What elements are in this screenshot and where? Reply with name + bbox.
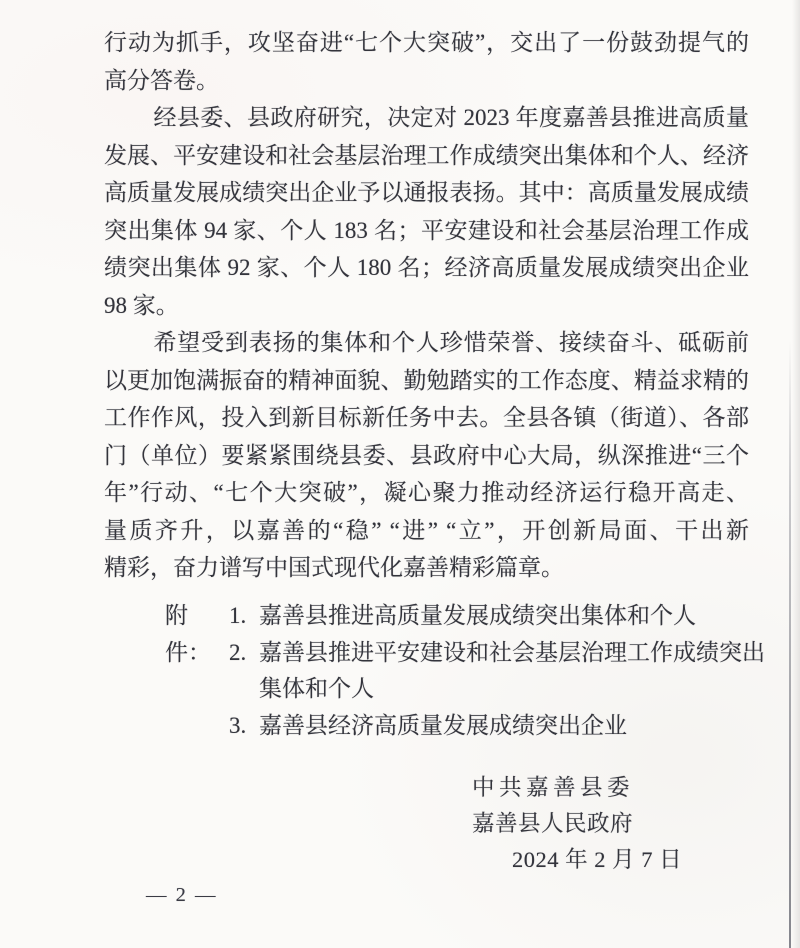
attachment-item: 2. 嘉善县推进平安建设和社会基层治理工作成绩突出 xyxy=(165,635,765,672)
issue-date: 2024 年 2 月 7 日 xyxy=(512,842,682,878)
body-line: 精彩，奋力谱写中国式现代化嘉善精彩篇章。 xyxy=(104,549,749,587)
body-line: 以更加饱满振奋的精神面貌、勤勉踏实的工作态度、精益求精的 xyxy=(104,362,749,400)
attachment-title: 嘉善县经济高质量发展成绩突出企业 xyxy=(259,708,627,745)
attachments-list: 附件： 1. 嘉善县推进高质量发展成绩突出集体和个人 2. 嘉善县推进平安建设和… xyxy=(165,598,765,744)
signature-block: 中共嘉善县委 嘉善县人民政府 2024 年 2 月 7 日 xyxy=(472,770,682,878)
attachments-label: 附件： xyxy=(165,598,229,635)
body-line: 量质齐升，以嘉善的“稳” “进” “立”，开创新局面、干出新 xyxy=(104,512,749,550)
page-number: — 2 — xyxy=(146,884,218,907)
issuer-name-party: 中共嘉善县委 xyxy=(472,770,682,806)
body-line: 高质量发展成绩突出企业予以通报表扬。其中：高质量发展成绩 xyxy=(104,174,749,212)
attachment-number: 3. xyxy=(229,708,259,745)
body-line: 经县委、县政府研究，决定对 2023 年度嘉善县推进高质量 xyxy=(104,99,749,137)
document-body: 行动为抓手，攻坚奋进“七个大突破”，交出了一份鼓劲提气的 高分答卷。 经县委、县… xyxy=(104,24,749,587)
attachment-item-continuation: 集体和个人 xyxy=(165,671,765,708)
body-line: 绩突出集体 92 家、个人 180 名；经济高质量发展成绩突出企业 xyxy=(104,249,749,287)
body-line: 工作作风，投入到新目标新任务中去。全县各镇（街道）、各部 xyxy=(104,399,749,437)
body-line: 年”行动、“七个大突破”，凝心聚力推动经济运行稳开高走、 xyxy=(104,474,749,512)
attachment-number: 2. xyxy=(229,635,259,672)
body-line: 门（单位）要紧紧围绕县委、县政府中心大局，纵深推进“三个 xyxy=(104,437,749,475)
attachment-title: 嘉善县推进高质量发展成绩突出集体和个人 xyxy=(259,598,696,635)
attachment-number: 1. xyxy=(229,598,259,635)
issuer-name-government: 嘉善县人民政府 xyxy=(472,806,682,842)
scanned-document-page: 行动为抓手，攻坚奋进“七个大突破”，交出了一份鼓劲提气的 高分答卷。 经县委、县… xyxy=(0,0,800,948)
body-line: 突出集体 94 家、个人 183 名；平安建设和社会基层治理工作成 xyxy=(104,212,749,250)
body-line: 98 家。 xyxy=(104,287,749,325)
body-line: 行动为抓手，攻坚奋进“七个大突破”，交出了一份鼓劲提气的 xyxy=(104,24,749,62)
body-line: 希望受到表扬的集体和个人珍惜荣誉、接续奋斗、砥砺前行， xyxy=(104,324,749,362)
body-line: 高分答卷。 xyxy=(104,62,749,100)
attachment-title: 嘉善县推进平安建设和社会基层治理工作成绩突出 xyxy=(259,635,765,672)
scan-edge-shadow xyxy=(792,0,800,948)
attachment-item: 3. 嘉善县经济高质量发展成绩突出企业 xyxy=(165,708,765,745)
body-line: 发展、平安建设和社会基层治理工作成绩突出集体和个人、经济 xyxy=(104,137,749,175)
attachment-title: 集体和个人 xyxy=(259,671,374,708)
scan-edge-artifact-line xyxy=(789,340,791,948)
attachment-item: 附件： 1. 嘉善县推进高质量发展成绩突出集体和个人 xyxy=(165,598,765,635)
